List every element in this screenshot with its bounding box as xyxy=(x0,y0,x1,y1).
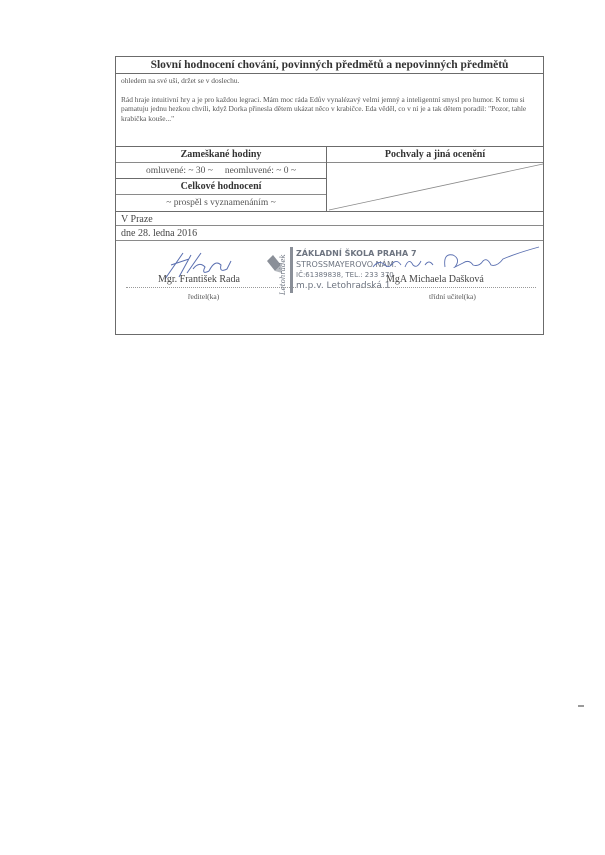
overall-header: Celkové hodnocení xyxy=(116,179,326,195)
overall-value: ~ prospěl s vyznamenáním ~ xyxy=(116,195,326,211)
director-name: Mgr. František Rada xyxy=(158,274,240,285)
absences-values: omluvené: ~ 30 ~ neomluvené: ~ 0 ~ xyxy=(116,163,326,179)
date: dne 28. ledna 2016 xyxy=(116,226,543,241)
absences-header: Zameškané hodiny xyxy=(116,147,326,163)
awards-header: Pochvaly a jiná ocenění xyxy=(327,147,543,163)
teacher-name: MgA Michaela Dašková xyxy=(386,274,484,285)
teacher-signature-line xyxy=(356,287,536,288)
notes-paragraph-1: ohledem na své uši, držet se v doslechu. xyxy=(121,76,538,86)
scan-speck xyxy=(578,705,584,707)
place-row: V Praze xyxy=(116,211,543,226)
teacher-signature xyxy=(371,245,541,275)
section-title: Slovní hodnocení chování, povinných před… xyxy=(116,57,543,74)
signature-area: Mgr. František Rada ředitel(ka) Letohrád… xyxy=(116,241,543,334)
stamp-side-text: Letohrádek xyxy=(276,247,290,297)
stamp-bar xyxy=(290,247,293,293)
director-role: ředitel(ka) xyxy=(188,292,219,301)
awards-strikethrough-line xyxy=(327,163,543,211)
absences-and-overall-column: Zameškané hodiny omluvené: ~ 30 ~ neomlu… xyxy=(116,147,327,211)
director-signature-line xyxy=(126,287,296,288)
unexcused-value: ~ 0 ~ xyxy=(276,166,296,176)
verbal-evaluation-text: ohledem na své uši, držet se v doslechu.… xyxy=(116,74,543,147)
teacher-role: třídní učitel(ka) xyxy=(429,292,476,301)
excused-label: omluvené: xyxy=(146,166,186,176)
date-row: dne 28. ledna 2016 xyxy=(116,226,543,241)
awards-column: Pochvaly a jiná ocenění xyxy=(327,147,543,211)
excused-value: ~ 30 ~ xyxy=(188,166,213,176)
unexcused-label: neomluvené: xyxy=(225,166,274,176)
place: V Praze xyxy=(116,212,543,227)
notes-paragraph-2: Rád hraje intuitivní hry a je pro každou… xyxy=(121,95,538,124)
report-card-sheet: Slovní hodnocení chování, povinných před… xyxy=(115,56,544,335)
